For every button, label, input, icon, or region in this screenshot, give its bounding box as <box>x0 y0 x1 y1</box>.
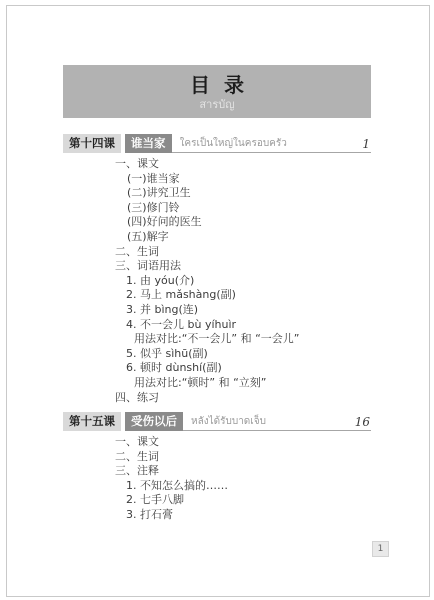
toc-line: 1. 由 yóu(介) <box>63 274 371 289</box>
toc-line: 4. 不一会儿 bù yíhuìr <box>63 318 371 333</box>
lesson-number-label: 第十五课 <box>63 412 121 431</box>
toc-line: 用法对比:“顿时” 和 “立刻” <box>63 376 371 391</box>
toc-line: 四、练习 <box>63 391 371 406</box>
page-number-badge: 1 <box>372 541 389 557</box>
lesson-page-number: 16 <box>355 415 371 429</box>
toc-line: 三、词语用法 <box>63 259 371 274</box>
lesson-items: 一、课文(一)谁当家(二)讲究卫生(三)修门铃(四)好问的医生(五)解字二、生词… <box>63 157 371 405</box>
lesson-number-label: 第十四课 <box>63 134 121 153</box>
lesson-title-label: 谁当家 <box>125 134 172 153</box>
toc-title-thai: สารบัญ <box>63 98 371 112</box>
lesson-list: 第十四课 谁当家 ใครเป็นใหญ่ในครอบครัว 1 一、课文(一)… <box>63 134 371 523</box>
toc-line: 用法对比:“不一会儿” 和 “一会儿” <box>63 332 371 347</box>
toc-line: 6. 顿时 dùnshí(副) <box>63 361 371 376</box>
toc-line: 三、注释 <box>63 464 371 479</box>
lesson-subtitle-thai: ใครเป็นใหญ่ในครอบครัว <box>180 136 287 151</box>
lesson-header-rule: ใครเป็นใหญ่ในครอบครัว 1 <box>172 134 372 153</box>
toc-line: 2. 马上 mǎshàng(副) <box>63 288 371 303</box>
toc-line: (五)解字 <box>63 230 371 245</box>
toc-header-banner: 目 录 สารบัญ <box>63 65 371 118</box>
lesson-page-number: 1 <box>362 137 371 151</box>
lesson-header-row: 第十五课 受伤以后 หลังได้รับบาดเจ็บ 16 <box>63 412 371 431</box>
lesson-header-row: 第十四课 谁当家 ใครเป็นใหญ่ในครอบครัว 1 <box>63 134 371 153</box>
lesson-header-rule: หลังได้รับบาดเจ็บ 16 <box>183 412 371 431</box>
toc-line: 二、生词 <box>63 450 371 465</box>
lesson-section: 第十五课 受伤以后 หลังได้รับบาดเจ็บ 16 一、课文二、生词三… <box>63 412 371 523</box>
toc-title-chinese: 目 录 <box>63 73 371 97</box>
toc-line: 二、生词 <box>63 245 371 260</box>
toc-line: 3. 并 bìng(连) <box>63 303 371 318</box>
toc-line: 3. 打石膏 <box>63 508 371 523</box>
toc-line: 5. 似乎 sìhū(副) <box>63 347 371 362</box>
toc-line: (四)好问的医生 <box>63 215 371 230</box>
toc-line: 1. 不知怎么搞的…… <box>63 479 371 494</box>
toc-line: (二)讲究卫生 <box>63 186 371 201</box>
toc-line: 一、课文 <box>63 435 371 450</box>
lesson-title-label: 受伤以后 <box>125 412 183 431</box>
toc-page-content: 目 录 สารบัญ 第十四课 谁当家 ใครเป็นใหญ่ในครอบครั… <box>63 0 371 523</box>
toc-line: 2. 七手八脚 <box>63 493 371 508</box>
toc-line: (一)谁当家 <box>63 172 371 187</box>
toc-line: 一、课文 <box>63 157 371 172</box>
lesson-subtitle-thai: หลังได้รับบาดเจ็บ <box>191 414 266 429</box>
lesson-section: 第十四课 谁当家 ใครเป็นใหญ่ในครอบครัว 1 一、课文(一)… <box>63 134 371 405</box>
toc-line: (三)修门铃 <box>63 201 371 216</box>
lesson-items: 一、课文二、生词三、注释1. 不知怎么搞的……2. 七手八脚3. 打石膏 <box>63 435 371 523</box>
